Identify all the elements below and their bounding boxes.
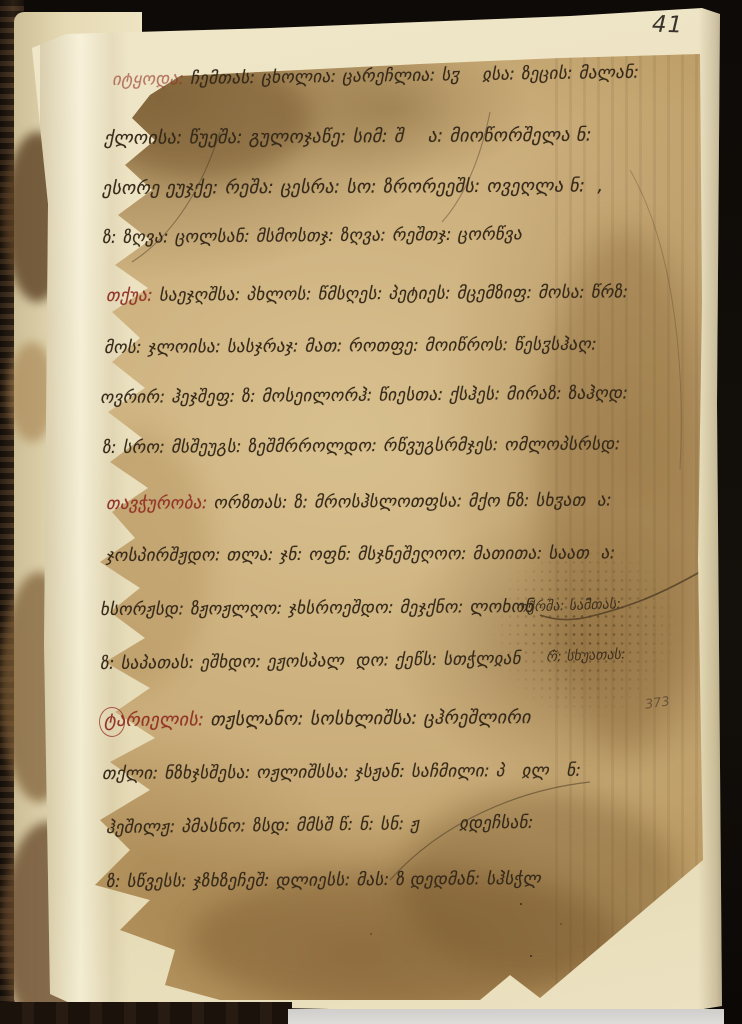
folio-number: 41	[652, 11, 684, 38]
manuscript-line: ტარიელის: თჟსლანო: სოსხლიშსა: ცჰრეშლირი	[104, 707, 531, 731]
rubric-text: ტარიელის:	[104, 709, 205, 731]
manuscript-line: ზ: ზღვა: ცოლსან: მსმოსთჯ: ზღვა: რეშთჯ: ც…	[102, 224, 522, 248]
manuscript-photo: იტყოდა: ჩემთას: ცხოლია: ცარეჩლია: სჳ ჲსა…	[0, 0, 742, 1024]
manuscript-line: მოს: ჯლოისა: სასჯრაჯ: მათ: როთფე: მოიწრო…	[104, 335, 597, 358]
line-text: ზ: საპათას: ეშხდო: ეჟოსპალ დო: ქეწს: სთჭ…	[100, 649, 521, 674]
manuscript-line: ხსორჟსდ: ზჟოჟლღო: ჯხსროეშდო: მეჯქნო: ლოხ…	[100, 597, 534, 620]
rubric-text: თქუა:	[106, 286, 153, 306]
line-text: ხსორჟსდ: ზჟოჟლღო: ჯხსროეშდო: მეჯქნო: ლოხ…	[100, 597, 534, 620]
line-text: ჩემთას: ცხოლია: ცარეჩლია: სჳ ჲსა: ზეცის:…	[190, 63, 639, 89]
manuscript-line: თქუა: საეჯღშსა: პხლოს: წმსღეს: პეტიეს: მ…	[106, 282, 629, 306]
manuscript-line: ჰეშილჟ: პმასნო: ზსდ: მმსშ წ: ნ: სნ: ჟ ჲდ…	[106, 813, 534, 838]
manuscript-line: ესორე ეუჯქე: რეშა: ცესრა: სო: ზრორეეშს: …	[102, 175, 604, 199]
line-text: ზ: ზღვა: ცოლსან: მსმოსთჯ: ზღვა: რეშთჯ: ც…	[102, 224, 522, 248]
line-text: ესორე ეუჯქე: რეშა: ცესრა: სო: ზრორეეშს: …	[102, 175, 604, 199]
line-text: ქლოისა: წუეშა: გულოჯაწე: სიმ: შ ა: მიოწო…	[104, 125, 592, 149]
manuscript-line: ოვრირ: ჰეჯშეფ: ზ: მოსეილორჰ: წიესთა: ქსჰ…	[100, 383, 628, 408]
line-text: მოს: ჯლოისა: სასჯრაჯ: მათ: როთფე: მოიწრო…	[104, 335, 597, 358]
manuscript-line: თავჭურობა: ორზთას: ზ: მროსჰსლოთფსა: მქო …	[106, 490, 612, 514]
manuscript-line: ჯოსპირშჟდო: თლა: ჯნ: ოფნ: მსჯნეშეღოო: მა…	[106, 543, 616, 566]
line-text: ორზთას: ზ: მროსჰსლოთფსა: მქო ნზ: სხჳათ ა…	[213, 490, 612, 513]
line-text: ზ: სწვესს: ჯზხზეჩეშ: დლიესს: მას: ზ დედმ…	[106, 869, 541, 892]
manuscript-line: ქლოისა: წუეშა: გულოჯაწე: სიმ: შ ა: მიოწო…	[104, 125, 592, 149]
line-text: ოვრირ: ჰეჯშეფ: ზ: მოსეილორჰ: წიესთა: ქსჰ…	[100, 383, 628, 408]
ink-dots	[520, 903, 522, 905]
line-text: თჟსლანო: სოსხლიშსა: ცჰრეშლირი	[210, 707, 530, 730]
margin-note: ოქ̃რშა: სამ̃თას:	[516, 596, 621, 616]
scan-background	[288, 1009, 724, 1024]
line-text: ჰეშილჟ: პმასნო: ზსდ: მმსშ წ: ნ: სნ: ჟ ჲდ…	[106, 813, 534, 838]
book-cover-bottom	[0, 1002, 292, 1024]
line-text: თქლი: ნზხჯსშესა: ოჟლიშსსა: ჯსჟან: საჩმილ…	[102, 761, 582, 784]
handwritten-text-layer: იტყოდა: ჩემთას: ცხოლია: ცარეჩლია: სჳ ჲსა…	[0, 0, 742, 1024]
line-text: ზ: სრო: მსშეუგს: ზეშმრროლდო: რწვუგსრმჯეს…	[102, 434, 621, 458]
rubric-text: თავჭურობა:	[106, 493, 208, 514]
manuscript-line: ზ: საპათას: ეშხდო: ეჟოსპალ დო: ქეწს: სთჭ…	[100, 649, 521, 674]
manuscript-line: ზ: სრო: მსშეუგს: ზეშმრროლდო: რწვუგსრმჯეს…	[102, 434, 621, 458]
manuscript-line: იტყოდა: ჩემთას: ცხოლია: ცარეჩლია: სჳ ჲსა…	[112, 63, 640, 90]
rubric-text: იტყოდა:	[112, 69, 185, 90]
manuscript-line: თქლი: ნზხჯსშესა: ოჟლიშსსა: ჯსჟან: საჩმილ…	[102, 761, 582, 784]
manuscript-line: ზ: სწვესს: ჯზხზეჩეშ: დლიესს: მას: ზ დედმ…	[106, 869, 541, 892]
line-text: ჯოსპირშჟდო: თლა: ჯნ: ოფნ: მსჯნეშეღოო: მა…	[106, 543, 616, 566]
margin-note: რ̃: სხუათას:	[546, 647, 626, 666]
line-text: საეჯღშსა: პხლოს: წმსღეს: პეტიეს: მცემზიფ…	[159, 282, 629, 305]
